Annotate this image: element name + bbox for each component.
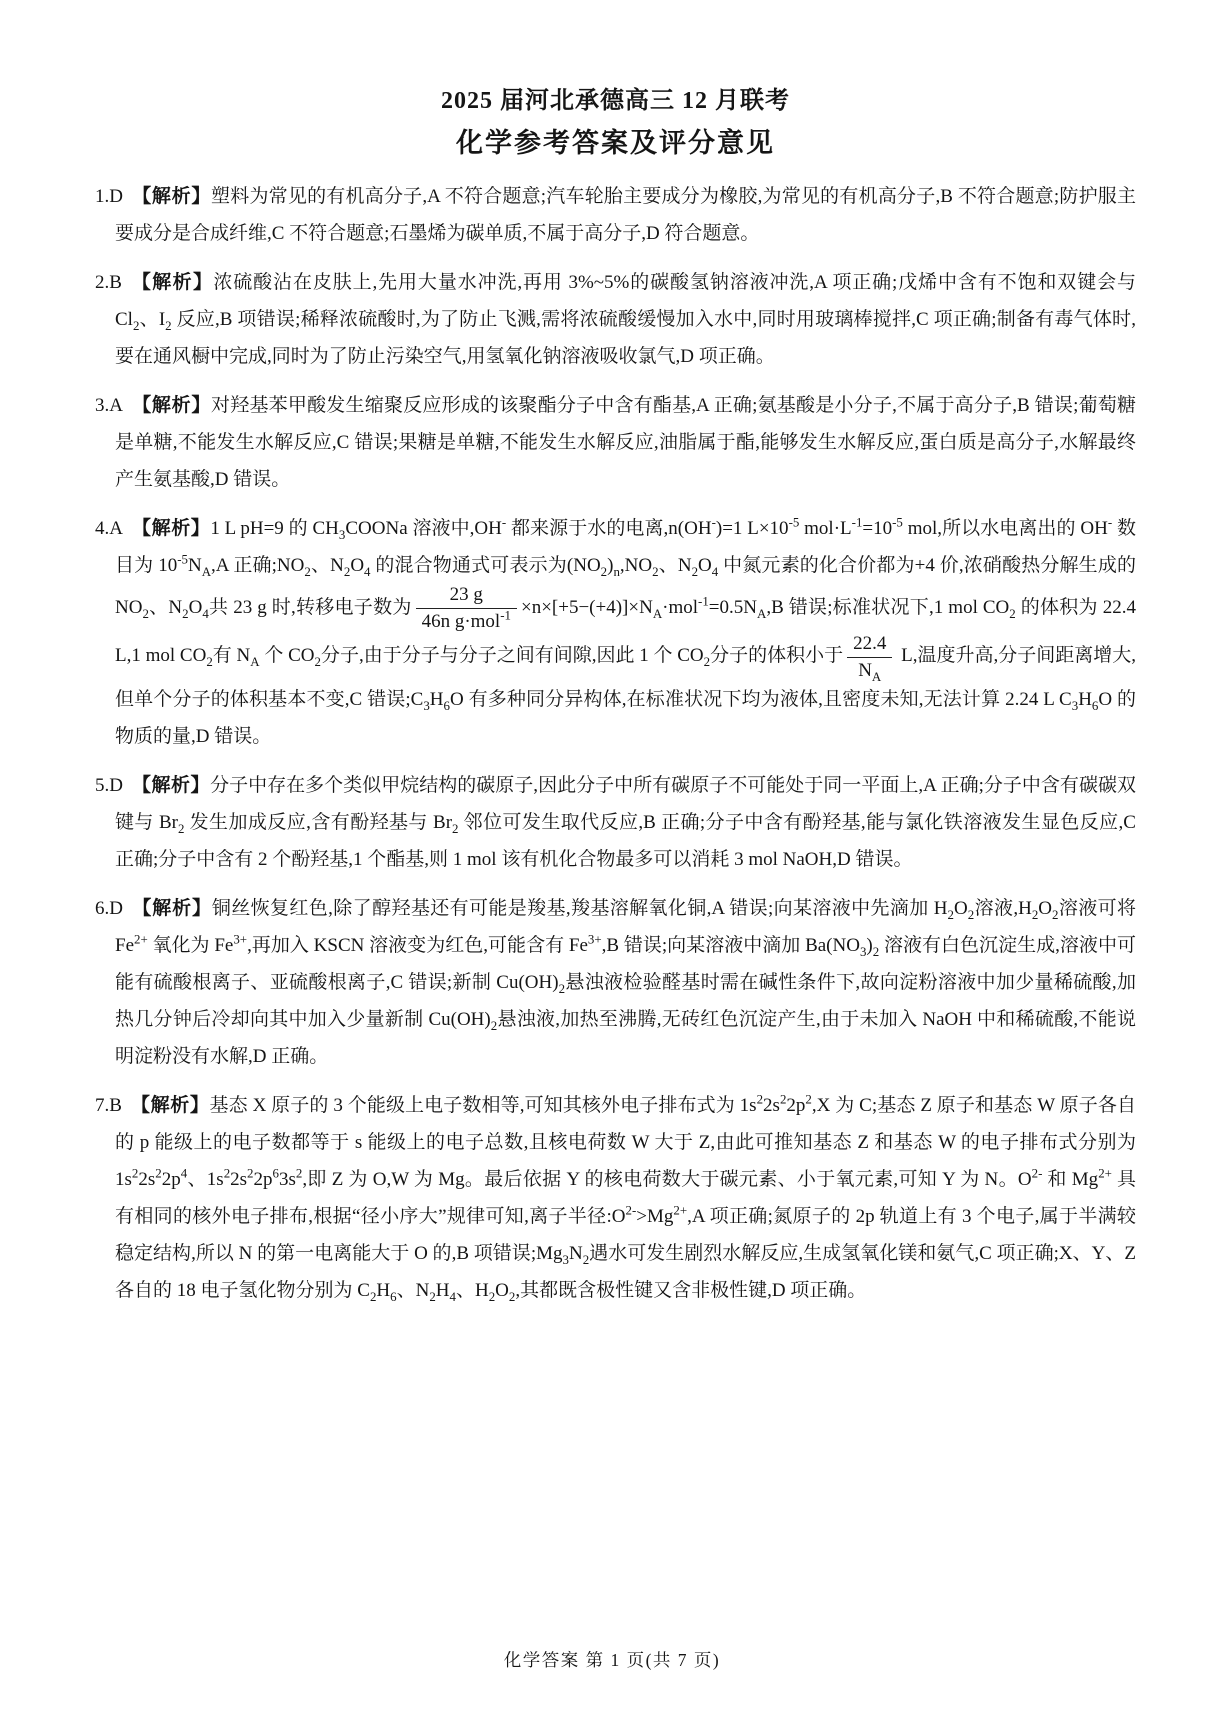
answer-item: 7.B【解析】基态 X 原子的 3 个能级上电子数相等,可知其核外电子排布式为 … — [95, 1087, 1136, 1309]
page-title: 2025 届河北承德高三 12 月联考 — [95, 80, 1136, 115]
answer-item: 2.B【解析】浓硫酸沾在皮肤上,先用大量水冲洗,再用 3%~5%的碳酸氢钠溶液冲… — [95, 264, 1136, 375]
analysis-label: 【解析】 — [132, 395, 211, 416]
answer-number: 4.A — [95, 518, 123, 539]
analysis-label: 【解析】 — [132, 518, 210, 539]
fraction-denominator: NA — [847, 658, 892, 682]
answer-item: 6.D【解析】铜丝恢复红色,除了醇羟基还有可能是羧基,羧基溶解氧化铜,A 错误;… — [95, 890, 1136, 1075]
page-subtitle: 化学参考答案及评分意见 — [95, 121, 1136, 160]
page-footer: 化学答案 第 1 页(共 7 页) — [0, 1647, 1224, 1672]
fraction: 22.4NA — [847, 633, 892, 682]
answer-text: 铜丝恢复红色,除了醇羟基还有可能是羧基,羧基溶解氧化铜,A 错误;向某溶液中先滴… — [115, 898, 1136, 1067]
page: 2025 届河北承德高三 12 月联考 化学参考答案及评分意见 1.D【解析】塑… — [0, 0, 1224, 1718]
fraction-numerator: 22.4 — [847, 633, 892, 658]
fraction-numerator: 23 g — [416, 584, 517, 609]
answer-number: 1.D — [95, 186, 123, 207]
answer-text: 对羟基苯甲酸发生缩聚反应形成的该聚酯分子中含有酯基,A 正确;氨基酸是小分子,不… — [115, 395, 1136, 490]
answer-text-segment: 浓硫酸沾在皮肤上,先用大量水冲洗,再用 3%~5%的碳酸氢钠溶液冲洗,A 项正确… — [115, 272, 1136, 367]
answer-text-segment: 塑料为常见的有机高分子,A 不符合题意;汽车轮胎主要成分为橡胶,为常见的有机高分… — [115, 186, 1136, 244]
answer-text: 基态 X 原子的 3 个能级上电子数相等,可知其核外电子排布式为 1s22s22… — [115, 1095, 1136, 1301]
analysis-label: 【解析】 — [131, 1095, 210, 1116]
fraction: 23 g46n g·mol-1 — [416, 584, 517, 633]
analysis-label: 【解析】 — [132, 186, 211, 207]
analysis-label: 【解析】 — [131, 272, 213, 293]
answer-text-segment: 铜丝恢复红色,除了醇羟基还有可能是羧基,羧基溶解氧化铜,A 错误;向某溶液中先滴… — [115, 898, 1136, 1067]
answer-number: 2.B — [95, 272, 122, 293]
answer-number: 6.D — [95, 898, 123, 919]
answer-item: 3.A【解析】对羟基苯甲酸发生缩聚反应形成的该聚酯分子中含有酯基,A 正确;氨基… — [95, 387, 1136, 498]
answer-text: 浓硫酸沾在皮肤上,先用大量水冲洗,再用 3%~5%的碳酸氢钠溶液冲洗,A 项正确… — [115, 272, 1136, 367]
answer-item: 1.D【解析】塑料为常见的有机高分子,A 不符合题意;汽车轮胎主要成分为橡胶,为… — [95, 178, 1136, 252]
fraction-denominator: 46n g·mol-1 — [416, 609, 517, 633]
answer-text-segment: 基态 X 原子的 3 个能级上电子数相等,可知其核外电子排布式为 1s22s22… — [115, 1095, 1136, 1301]
answer-text: 分子中存在多个类似甲烷结构的碳原子,因此分子中所有碳原子不可能处于同一平面上,A… — [115, 775, 1136, 870]
answer-text-segment: 对羟基苯甲酸发生缩聚反应形成的该聚酯分子中含有酯基,A 正确;氨基酸是小分子,不… — [115, 395, 1136, 490]
analysis-label: 【解析】 — [132, 898, 212, 919]
answer-number: 3.A — [95, 395, 123, 416]
analysis-label: 【解析】 — [132, 775, 210, 796]
answer-number: 5.D — [95, 775, 123, 796]
answer-text: 1 L pH=9 的 CH3COONa 溶液中,OH- 都来源于水的电离,n(O… — [115, 518, 1136, 747]
answer-text-segment: 分子中存在多个类似甲烷结构的碳原子,因此分子中所有碳原子不可能处于同一平面上,A… — [115, 775, 1136, 870]
answer-item: 4.A【解析】1 L pH=9 的 CH3COONa 溶液中,OH- 都来源于水… — [95, 510, 1136, 755]
answer-number: 7.B — [95, 1095, 122, 1116]
answer-item: 5.D【解析】分子中存在多个类似甲烷结构的碳原子,因此分子中所有碳原子不可能处于… — [95, 767, 1136, 878]
answer-text: 塑料为常见的有机高分子,A 不符合题意;汽车轮胎主要成分为橡胶,为常见的有机高分… — [115, 186, 1136, 244]
answer-list: 1.D【解析】塑料为常见的有机高分子,A 不符合题意;汽车轮胎主要成分为橡胶,为… — [95, 178, 1136, 1309]
